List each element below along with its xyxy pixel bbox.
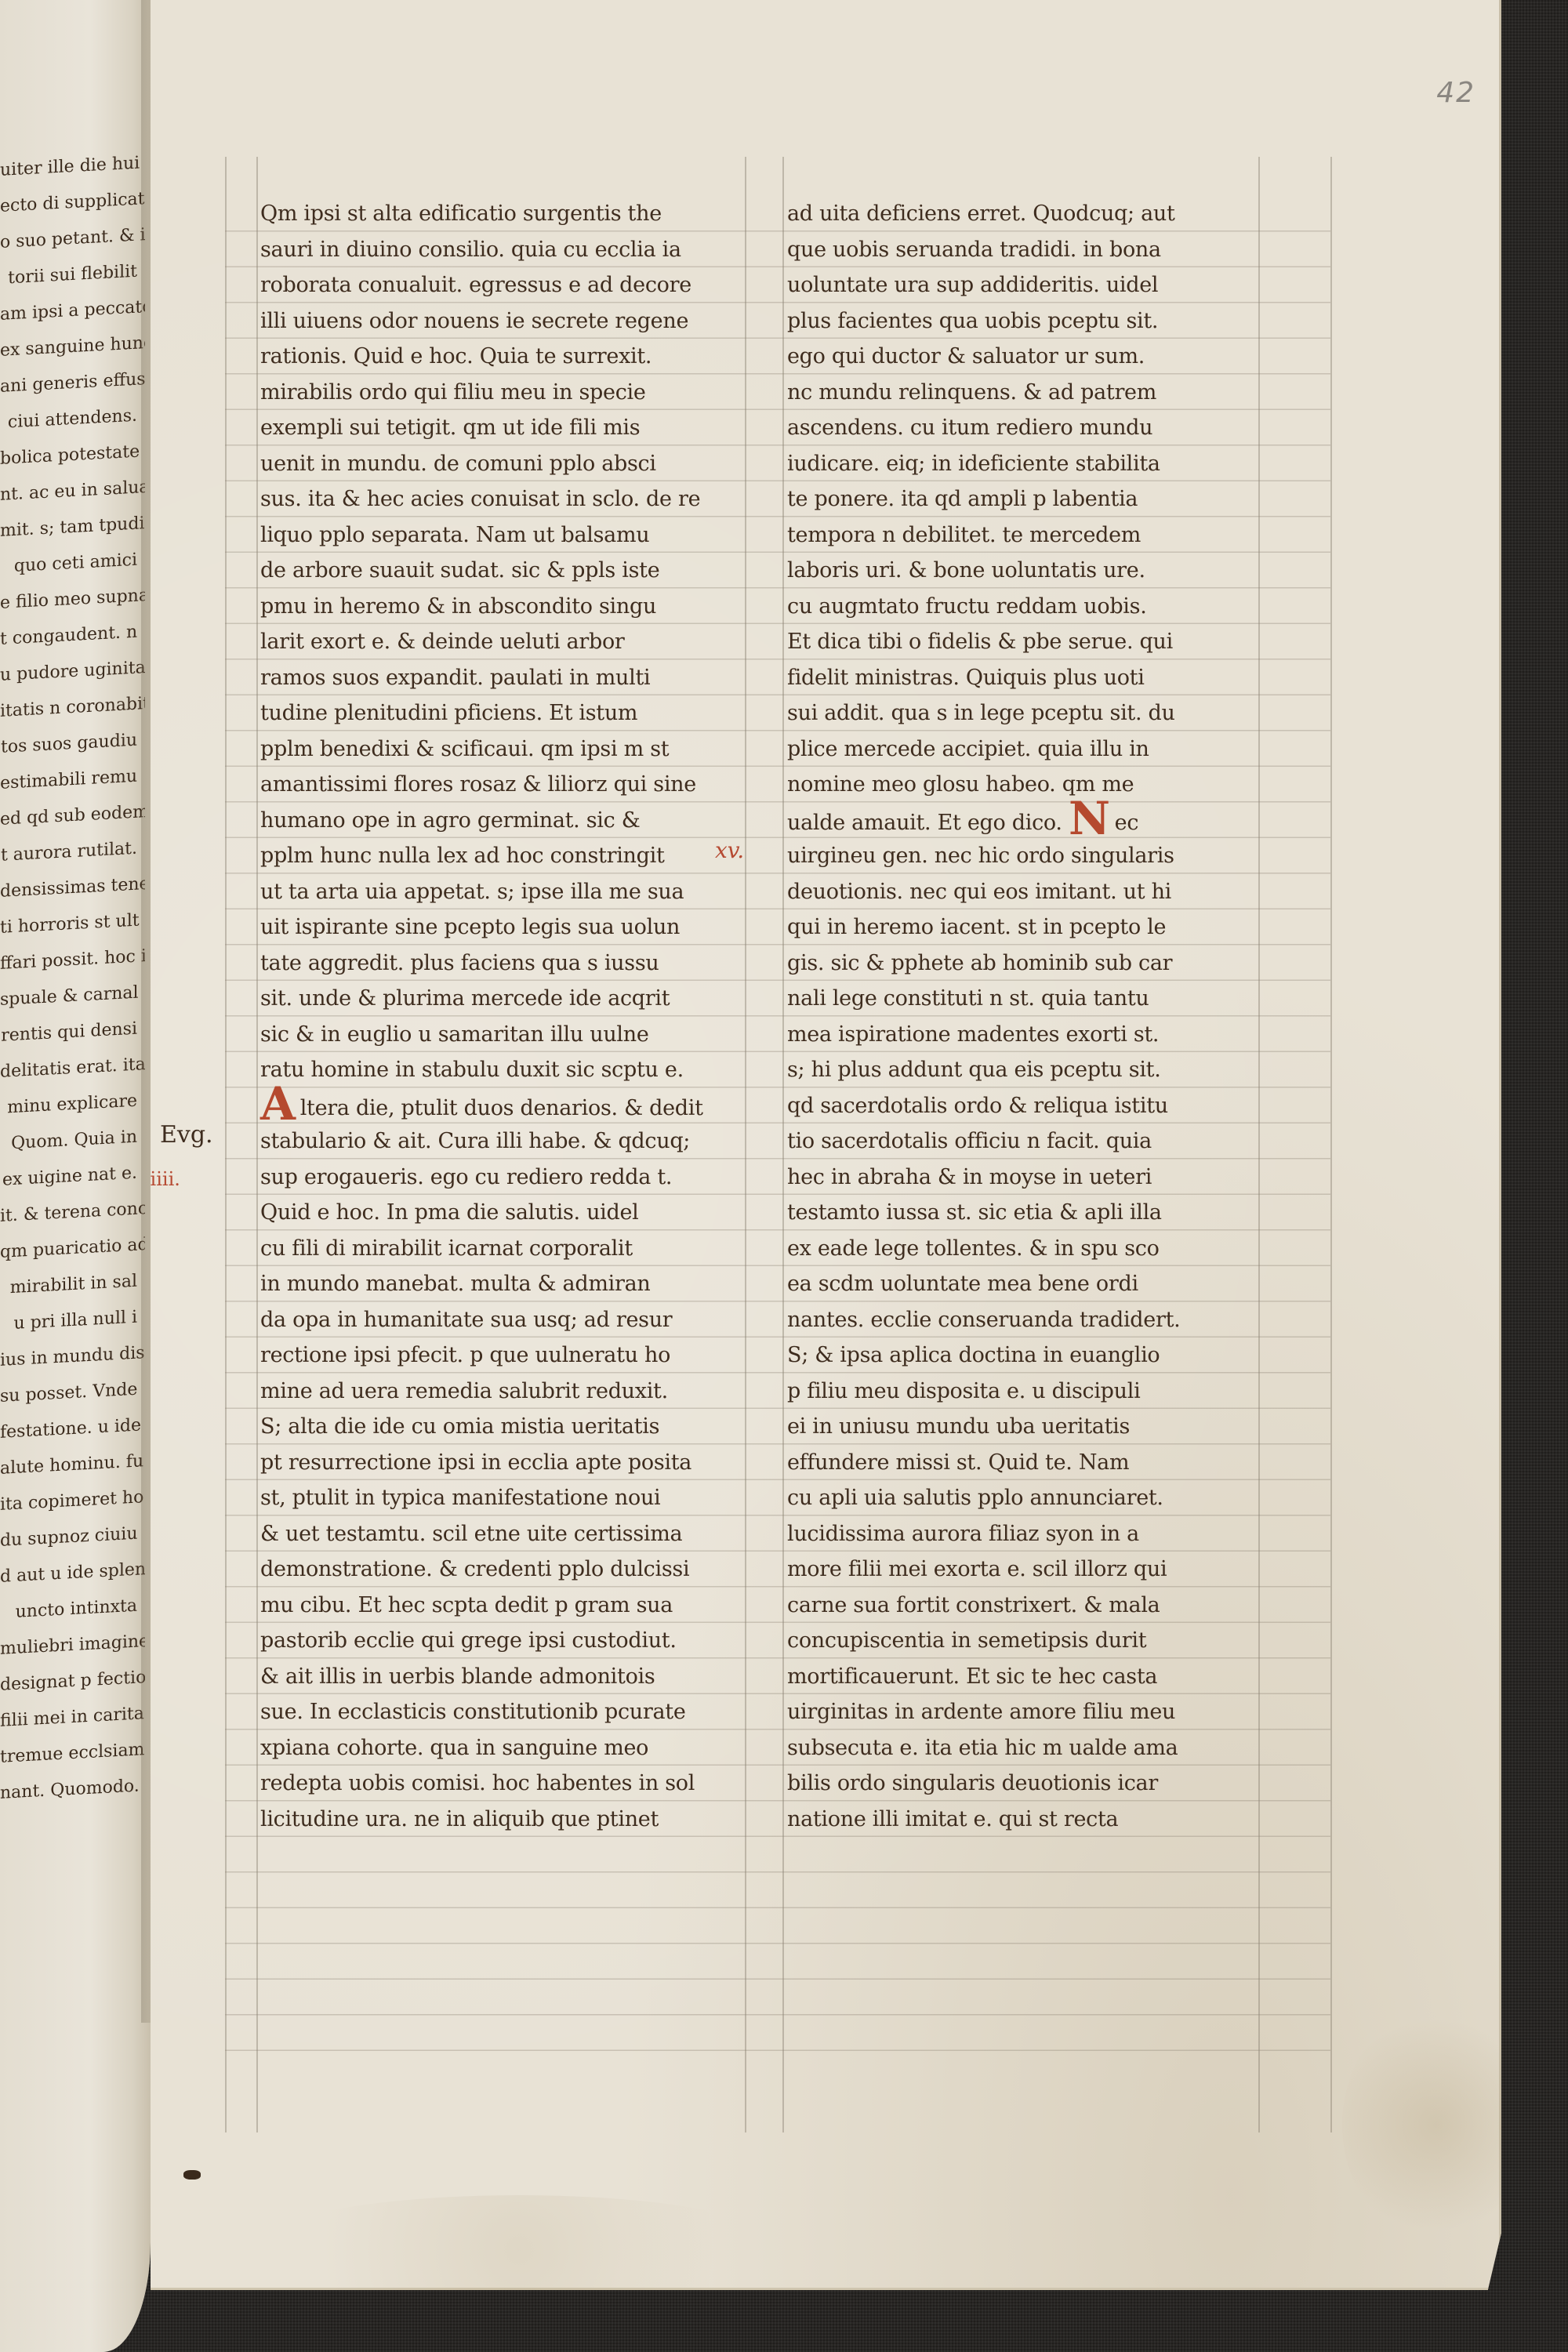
manuscript-line: ad uita deficiens erret. Quodcuq; aut — [787, 196, 1297, 232]
manuscript-line: uoluntate ura sup addideritis. uidel — [787, 267, 1297, 303]
manuscript-line: cu fili di mirabilit icarnat corporalit — [260, 1231, 778, 1267]
ruling-bound-col-b-left — [782, 157, 784, 2132]
manuscript-line: pplm hunc nulla lex ad hoc constringit — [260, 838, 778, 874]
manuscript-line: uenit in mundu. de comuni pplo absci — [260, 446, 778, 482]
marginal-gloss-evg: Evg. — [160, 1121, 213, 1149]
manuscript-line: bilis ordo singularis deuotionis icar — [787, 1766, 1297, 1802]
manuscript-line: concupiscentia in semetipsis durit — [787, 1623, 1297, 1659]
manuscript-line: uit ispirante sine pcepto legis sua uolu… — [260, 909, 778, 946]
manuscript-line: sic & in euglio u samaritan illu uulne — [260, 1017, 778, 1053]
manuscript-line: illi uiuens odor nouens ie secrete regen… — [260, 303, 778, 339]
manuscript-line: ea scdm uoluntate mea bene ordi — [787, 1266, 1297, 1302]
recto-page: 42 Qm ipsi st alta edificatio surgentis … — [151, 0, 1501, 2290]
manuscript-line: uirgineu gen. nec hic ordo singularis — [787, 838, 1297, 874]
manuscript-line: pt resurrectione ipsi in ecclia apte pos… — [260, 1445, 778, 1481]
manuscript-line: tudine plenitudini pficiens. Et istum — [260, 695, 778, 731]
manuscript-line: iudicare. eiq; in ideficiente stabilita — [787, 446, 1297, 482]
manuscript-line: pastorib ecclie qui grege ipsi custodiut… — [260, 1623, 778, 1659]
manuscript-line: tio sacerdotalis officiu n facit. quia — [787, 1123, 1297, 1160]
manuscript-line: cu apli uia salutis pplo annunciaret. — [787, 1480, 1297, 1516]
manuscript-line: S; & ipsa aplica doctina in euanglio — [787, 1338, 1297, 1374]
manuscript-line: pmu in heremo & in abscondito singu — [260, 589, 778, 625]
manuscript-line: redepta uobis comisi. hoc habentes in so… — [260, 1766, 778, 1802]
manuscript-line: mea ispiratione madentes exorti st. — [787, 1017, 1297, 1053]
text-column-b: ad uita deficiens erret. Quodcuq; autque… — [787, 196, 1297, 1837]
manuscript-line: plus facientes qua uobis pceptu sit. — [787, 303, 1297, 339]
manuscript-line: & uet testamtu. scil etne uite certissim… — [260, 1516, 778, 1552]
manuscript-line: natione illi imitat e. qui st recta — [787, 1802, 1297, 1838]
ruling-bound-outer — [1330, 157, 1332, 2132]
ruling-bound-col-a-left — [256, 157, 258, 2132]
manuscript-line: roborata conualuit. egressus e ad decore — [260, 267, 778, 303]
manuscript-line: uirginitas in ardente amore filiu meu — [787, 1694, 1297, 1730]
manuscript-line: sit. unde & plurima mercede ide acqrit — [260, 981, 778, 1017]
manuscript-line: ascendens. cu itum rediero mundu — [787, 410, 1297, 446]
manuscript-line: more filii mei exorta e. scil illorz qui — [787, 1552, 1297, 1588]
manuscript-line: larit exort e. & deinde ueluti arbor — [260, 624, 778, 660]
manuscript-line: effundere missi st. Quid te. Nam — [787, 1445, 1297, 1481]
manuscript-line: ei in uniusu mundu uba ueritatis — [787, 1409, 1297, 1445]
manuscript-line: mirabilis ordo qui filiu meu in specie — [260, 375, 778, 411]
manuscript-line: plice mercede accipiet. quia illu in — [787, 731, 1297, 768]
manuscript-line: xpiana cohorte. qua in sanguine meo — [260, 1730, 778, 1766]
manuscript-line: que uobis seruanda tradidi. in bona — [787, 232, 1297, 268]
manuscript-line: nc mundu relinquens. & ad patrem — [787, 375, 1297, 411]
manuscript-line: stabulario & ait. Cura illi habe. & qdcu… — [260, 1123, 778, 1160]
manuscript-line: st, ptulit in typica manifestatione noui — [260, 1480, 778, 1516]
manuscript-line: de arbore suauit sudat. sic & ppls iste — [260, 553, 778, 589]
manuscript-line: te ponere. ita qd ampli p labentia — [787, 481, 1297, 517]
manuscript-line: testamto iussa st. sic etia & apli illa — [787, 1195, 1297, 1231]
manuscript-line: fidelit ministras. Quiquis plus uoti — [787, 660, 1297, 696]
manuscript-line: qd sacerdotalis ordo & reliqua istitu — [787, 1088, 1297, 1124]
chapter-marker-xv: xv. — [715, 837, 744, 863]
manuscript-line: ego qui ductor & saluator ur sum. — [787, 339, 1297, 375]
manuscript-line: tempora n debilitet. te mercedem — [787, 517, 1297, 554]
manuscript-line: gis. sic & pphete ab hominib sub car — [787, 946, 1297, 982]
manuscript-line: liquo pplo separata. Nam ut balsamu — [260, 517, 778, 554]
manuscript-line: nali lege constituti n st. quia tantu — [787, 981, 1297, 1017]
manuscript-line: ramos suos expandit. paulati in multi — [260, 660, 778, 696]
manuscript-line: cu augmtato fructu reddam uobis. — [787, 589, 1297, 625]
manuscript-line: & ait illis in uerbis blande admonitois — [260, 1659, 778, 1695]
manuscript-line: sauri in diuino consilio. quia cu ecclia… — [260, 232, 778, 268]
manuscript-line: s; hi plus addunt qua eis pceptu sit. — [787, 1052, 1297, 1088]
manuscript-line: qui in heremo iacent. st in pcepto le — [787, 909, 1297, 946]
manuscript-line: mine ad uera remedia salubrit reduxit. — [260, 1374, 778, 1410]
manuscript-line: mortificauerunt. Et sic te hec casta — [787, 1659, 1297, 1695]
manuscript-line: p filiu meu disposita e. u discipuli — [787, 1374, 1297, 1410]
manuscript-line: laboris uri. & bone uoluntatis ure. — [787, 553, 1297, 589]
manuscript-line: rationis. Quid e hoc. Quia te surrexit. — [260, 339, 778, 375]
manuscript-line: ratu homine in stabulu duxit sic scptu e… — [260, 1052, 778, 1088]
verso-page-edge: uiter ille die huiecto di supplicat grot… — [0, 0, 151, 2352]
manuscript-line: nomine meo glosu habeo. qm me — [787, 767, 1297, 803]
verso-line: nant. Quomodo. — [0, 1768, 145, 1808]
manuscript-line: licitudine ura. ne in aliquib que ptinet — [260, 1802, 778, 1838]
manuscript-line: Quid e hoc. In pma die salutis. uidel — [260, 1195, 778, 1231]
manuscript-line: sup erogaueris. ego cu rediero redda t. — [260, 1160, 778, 1196]
manuscript-line: deuotionis. nec qui eos imitant. ut hi — [787, 874, 1297, 910]
manuscript-line: in mundo manebat. multa & admiran — [260, 1266, 778, 1302]
manuscript-line: Altera die, ptulit duos denarios. & dedi… — [260, 1088, 778, 1124]
rubricated-initial: A — [260, 1088, 296, 1120]
manuscript-line: da opa in humanitate sua usq; ad resur — [260, 1302, 778, 1338]
manuscript-line: sus. ita & hec acies conuisat in sclo. d… — [260, 481, 778, 517]
manuscript-line: S; alta die ide cu omia mistia ueritatis — [260, 1409, 778, 1445]
manuscript-line: lucidissima aurora filiaz syon in a — [787, 1516, 1297, 1552]
manuscript-line: rectione ipsi pfecit. p que uulneratu ho — [260, 1338, 778, 1374]
text-column-a: Qm ipsi st alta edificatio surgentis the… — [260, 196, 778, 1837]
verso-text-fragments: uiter ille die huiecto di supplicat grot… — [0, 149, 145, 1808]
manuscript-line: mu cibu. Et hec scpta dedit p gram sua — [260, 1588, 778, 1624]
manuscript-line: hec in abraha & in moyse in ueteri — [787, 1160, 1297, 1196]
manuscript-line: carne sua fortit constrixert. & mala — [787, 1588, 1297, 1624]
manuscript-line: subsecuta e. ita etia hic m ualde ama — [787, 1730, 1297, 1766]
manuscript-line: ex eade lege tollentes. & in spu sco — [787, 1231, 1297, 1267]
manuscript-line: ualde amauit. Et ego dico. Nec — [787, 803, 1297, 839]
ruling-bound-left — [225, 157, 227, 2132]
manuscript-line: Et dica tibi o fidelis & pbe serue. qui — [787, 624, 1297, 660]
manuscript-line: pplm benedixi & scificaui. qm ipsi m st — [260, 731, 778, 768]
manuscript-line: exempli sui tetigit. qm ut ide fili mis — [260, 410, 778, 446]
manuscript-line: tate aggredit. plus faciens qua s iussu — [260, 946, 778, 982]
manuscript-line: sue. In ecclasticis constitutionib pcura… — [260, 1694, 778, 1730]
manuscript-line: Qm ipsi st alta edificatio surgentis the — [260, 196, 778, 232]
manuscript-line: sui addit. qua s in lege pceptu sit. du — [787, 695, 1297, 731]
manuscript-line: demonstratione. & credenti pplo dulcissi — [260, 1552, 778, 1588]
manuscript-line: humano ope in agro germinat. sic & — [260, 803, 778, 839]
manuscript-line: ut ta arta uia appetat. s; ipse illa me … — [260, 874, 778, 910]
manuscript-line: nantes. ecclie conseruanda tradidert. — [787, 1302, 1297, 1338]
stain-mark — [245, 2195, 793, 2305]
ink-blot — [183, 2170, 201, 2180]
manuscript-line: amantissimi flores rosaz & liliorz qui s… — [260, 767, 778, 803]
rubricated-initial: N — [1069, 803, 1110, 834]
folio-number: 42 — [1436, 77, 1475, 109]
